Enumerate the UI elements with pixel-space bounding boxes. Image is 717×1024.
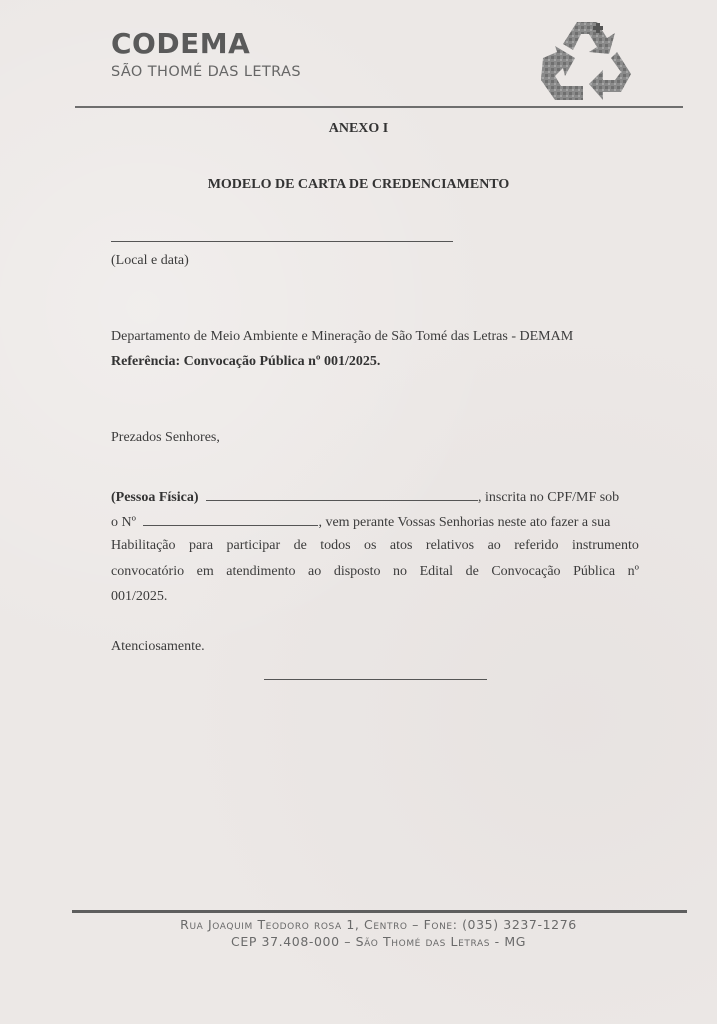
word: ao: [308, 565, 321, 579]
word: relativos: [426, 539, 474, 553]
body-line-2: o Nº , vem perante Vossas Senhorias nest…: [111, 513, 610, 530]
body-line-3: Habilitaçãoparaparticipardetodososatosre…: [111, 539, 639, 553]
annex-heading: ANEXO I: [0, 121, 717, 137]
word: participar: [227, 539, 281, 553]
word: no: [393, 565, 407, 579]
cpf-blank: [143, 513, 318, 526]
word: em: [197, 565, 214, 579]
word: atos: [390, 539, 413, 553]
word: Edital: [420, 565, 453, 579]
word: nº: [628, 565, 639, 579]
brand-title: CODEMA: [111, 30, 250, 58]
body-line-1-rest: , inscrita no CPF/MF sob: [478, 490, 619, 505]
word: ao: [488, 539, 501, 553]
footer-address-line-2: CEP 37.408-000 – São Thomé das Letras - …: [40, 936, 717, 949]
word: atendimento: [226, 565, 295, 579]
body-line-2-rest: , vem perante Vossas Senhorias neste ato…: [318, 515, 610, 530]
place-date-line: [111, 241, 453, 242]
word: de: [294, 539, 307, 553]
word: referido: [514, 539, 558, 553]
word: disposto: [334, 565, 381, 579]
word: os: [364, 539, 376, 553]
name-blank: [206, 488, 478, 501]
person-type-label: (Pessoa Física): [111, 490, 198, 505]
brand-subtitle: SÃO THOMÉ DAS LETRAS: [111, 65, 301, 80]
word: todos: [320, 539, 350, 553]
footer-address-line-1: Rua Joaquim Teodoro rosa 1, Centro – Fon…: [40, 919, 717, 932]
footer-divider: [72, 910, 687, 913]
recycle-icon: [533, 14, 645, 106]
word: para: [189, 539, 213, 553]
body-line-4: convocatórioematendimentoaodispostonoEdi…: [111, 565, 639, 579]
header-divider: [75, 106, 683, 108]
closing-text: Atenciosamente.: [111, 640, 205, 654]
word: convocatório: [111, 565, 184, 579]
word: instrumento: [572, 539, 639, 553]
body-line-1: (Pessoa Física) , inscrita no CPF/MF sob: [111, 488, 619, 505]
document-title: MODELO DE CARTA DE CREDENCIAMENTO: [0, 177, 717, 193]
place-date-label: (Local e data): [111, 254, 189, 268]
cpf-label: o Nº: [111, 515, 136, 530]
document-page: CODEMA SÃO THOMÉ DAS LETRAS ANEXO I MODE…: [0, 0, 717, 1024]
word: Convocação: [491, 565, 560, 579]
salutation-text: Prezados Senhores,: [111, 431, 220, 445]
signature-line: [264, 679, 487, 680]
reference-text: Referência: Convocação Pública nº 001/20…: [111, 355, 380, 369]
word: Pública: [573, 565, 615, 579]
recipient-text: Departamento de Meio Ambiente e Mineraçã…: [111, 330, 573, 344]
body-line-5: 001/2025.: [111, 590, 167, 604]
word: de: [466, 565, 479, 579]
word: Habilitação: [111, 539, 176, 553]
